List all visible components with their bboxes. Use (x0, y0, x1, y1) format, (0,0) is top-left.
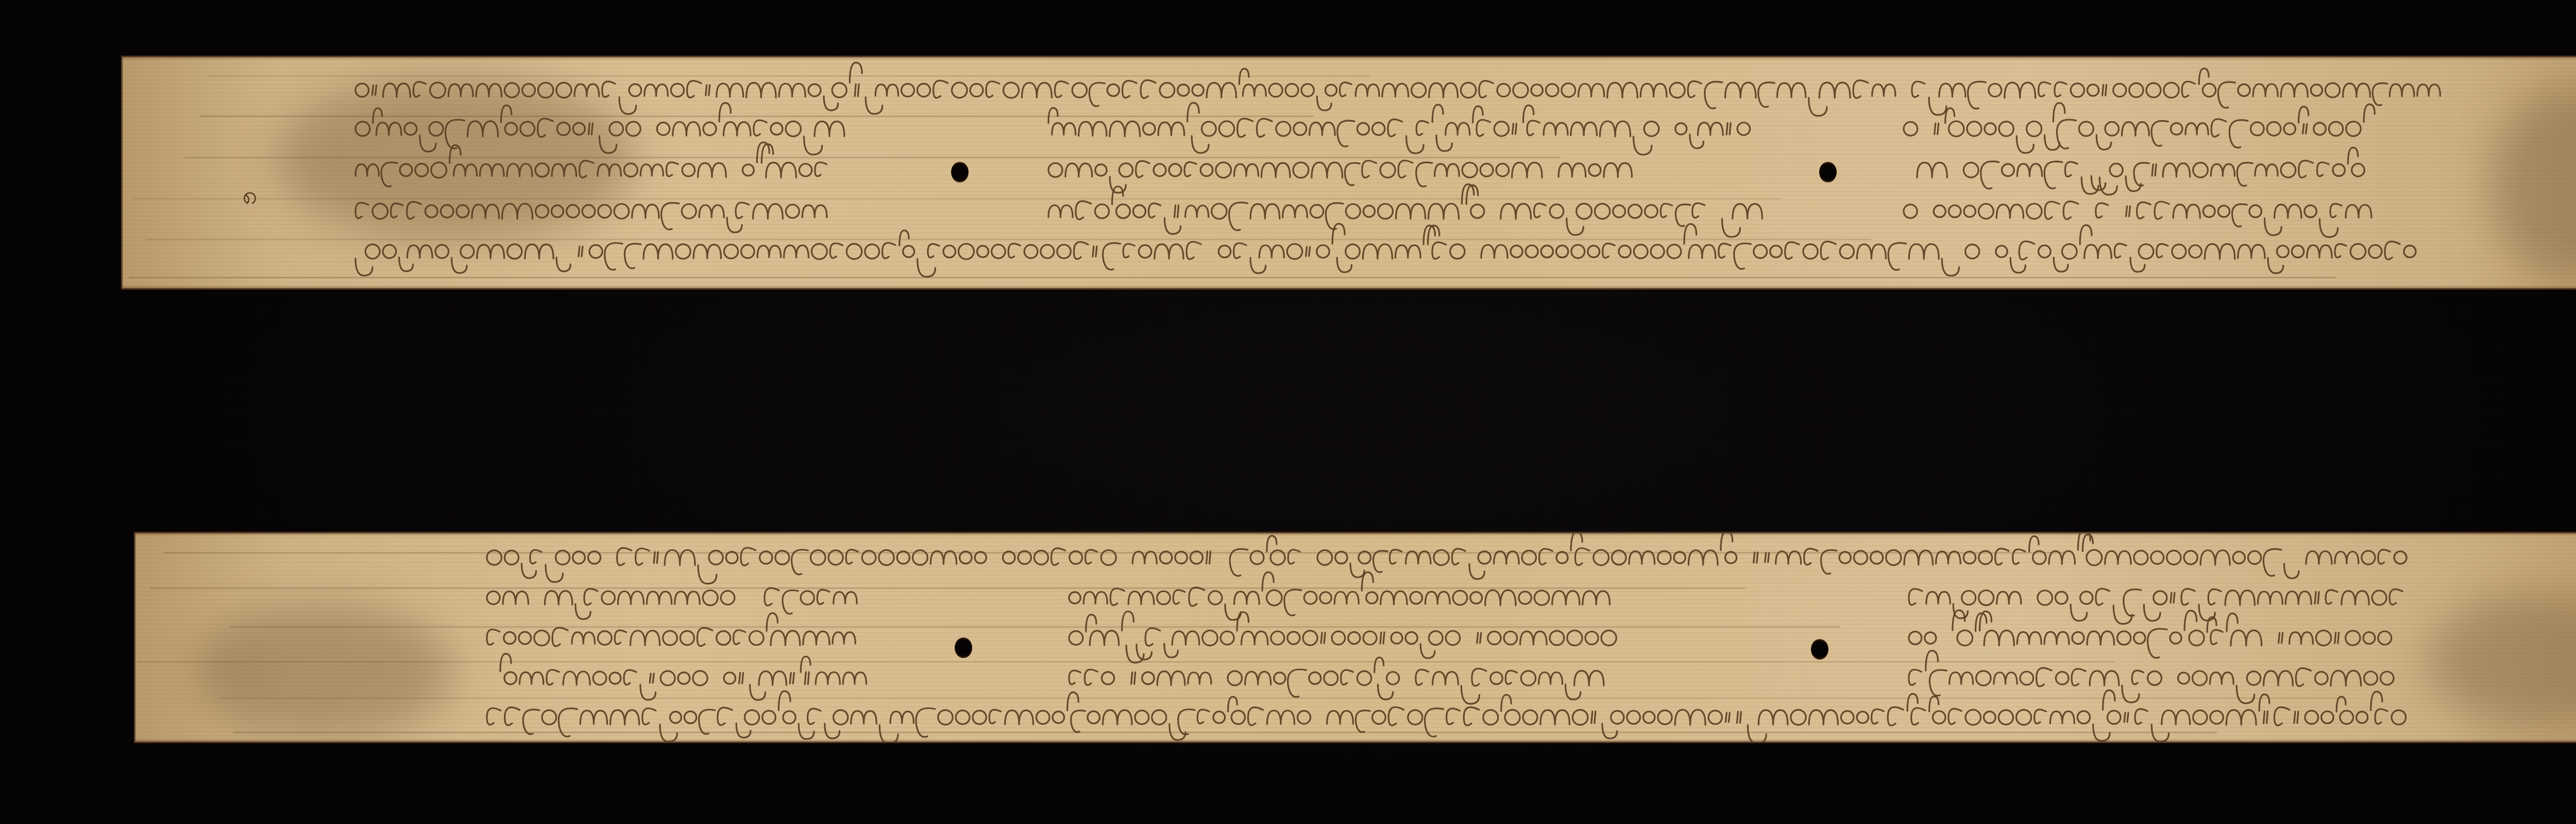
script-line (1904, 201, 2371, 237)
script-line (1917, 147, 2364, 195)
script-line (1909, 610, 2392, 658)
script-line (487, 588, 857, 619)
script-line (1048, 184, 1762, 237)
script-line (1069, 612, 1616, 663)
string-hole (1819, 162, 1837, 182)
script-line (1048, 160, 1632, 193)
handwritten-burmese-script (134, 532, 2576, 743)
script-line (487, 690, 2406, 743)
string-hole (955, 637, 972, 658)
script-line (1048, 103, 1750, 155)
script-line (1909, 588, 2402, 624)
script-line (355, 202, 827, 232)
string-hole (951, 162, 969, 182)
script-line (1904, 103, 2375, 153)
palm-leaf-folio-bottom: ဂျွဝေဂျွ ဂဝပဂျွ ။ ကာဂိဂါ ဂဝေါ ဝေသဝ ဂျွ ဂ… (134, 532, 2576, 743)
script-line (1069, 658, 1604, 704)
palm-leaf-folio-top: ဂျွယ ကာဂိ ဝေဘောဂိယ ။ ကာဝကဂဝေသ ဥဿယ ။ ဂေဘိ… (121, 56, 2576, 290)
script-line (355, 224, 2416, 277)
string-hole (1811, 639, 1828, 660)
handwritten-burmese-script (121, 56, 2576, 290)
script-line (355, 142, 826, 187)
script-line (487, 613, 855, 646)
folio-number: ၈ (242, 181, 258, 208)
script-line (1069, 572, 1609, 620)
script-line (1909, 651, 2394, 703)
script-line (487, 532, 2406, 584)
script-line (500, 654, 866, 700)
script-line (355, 62, 2440, 115)
